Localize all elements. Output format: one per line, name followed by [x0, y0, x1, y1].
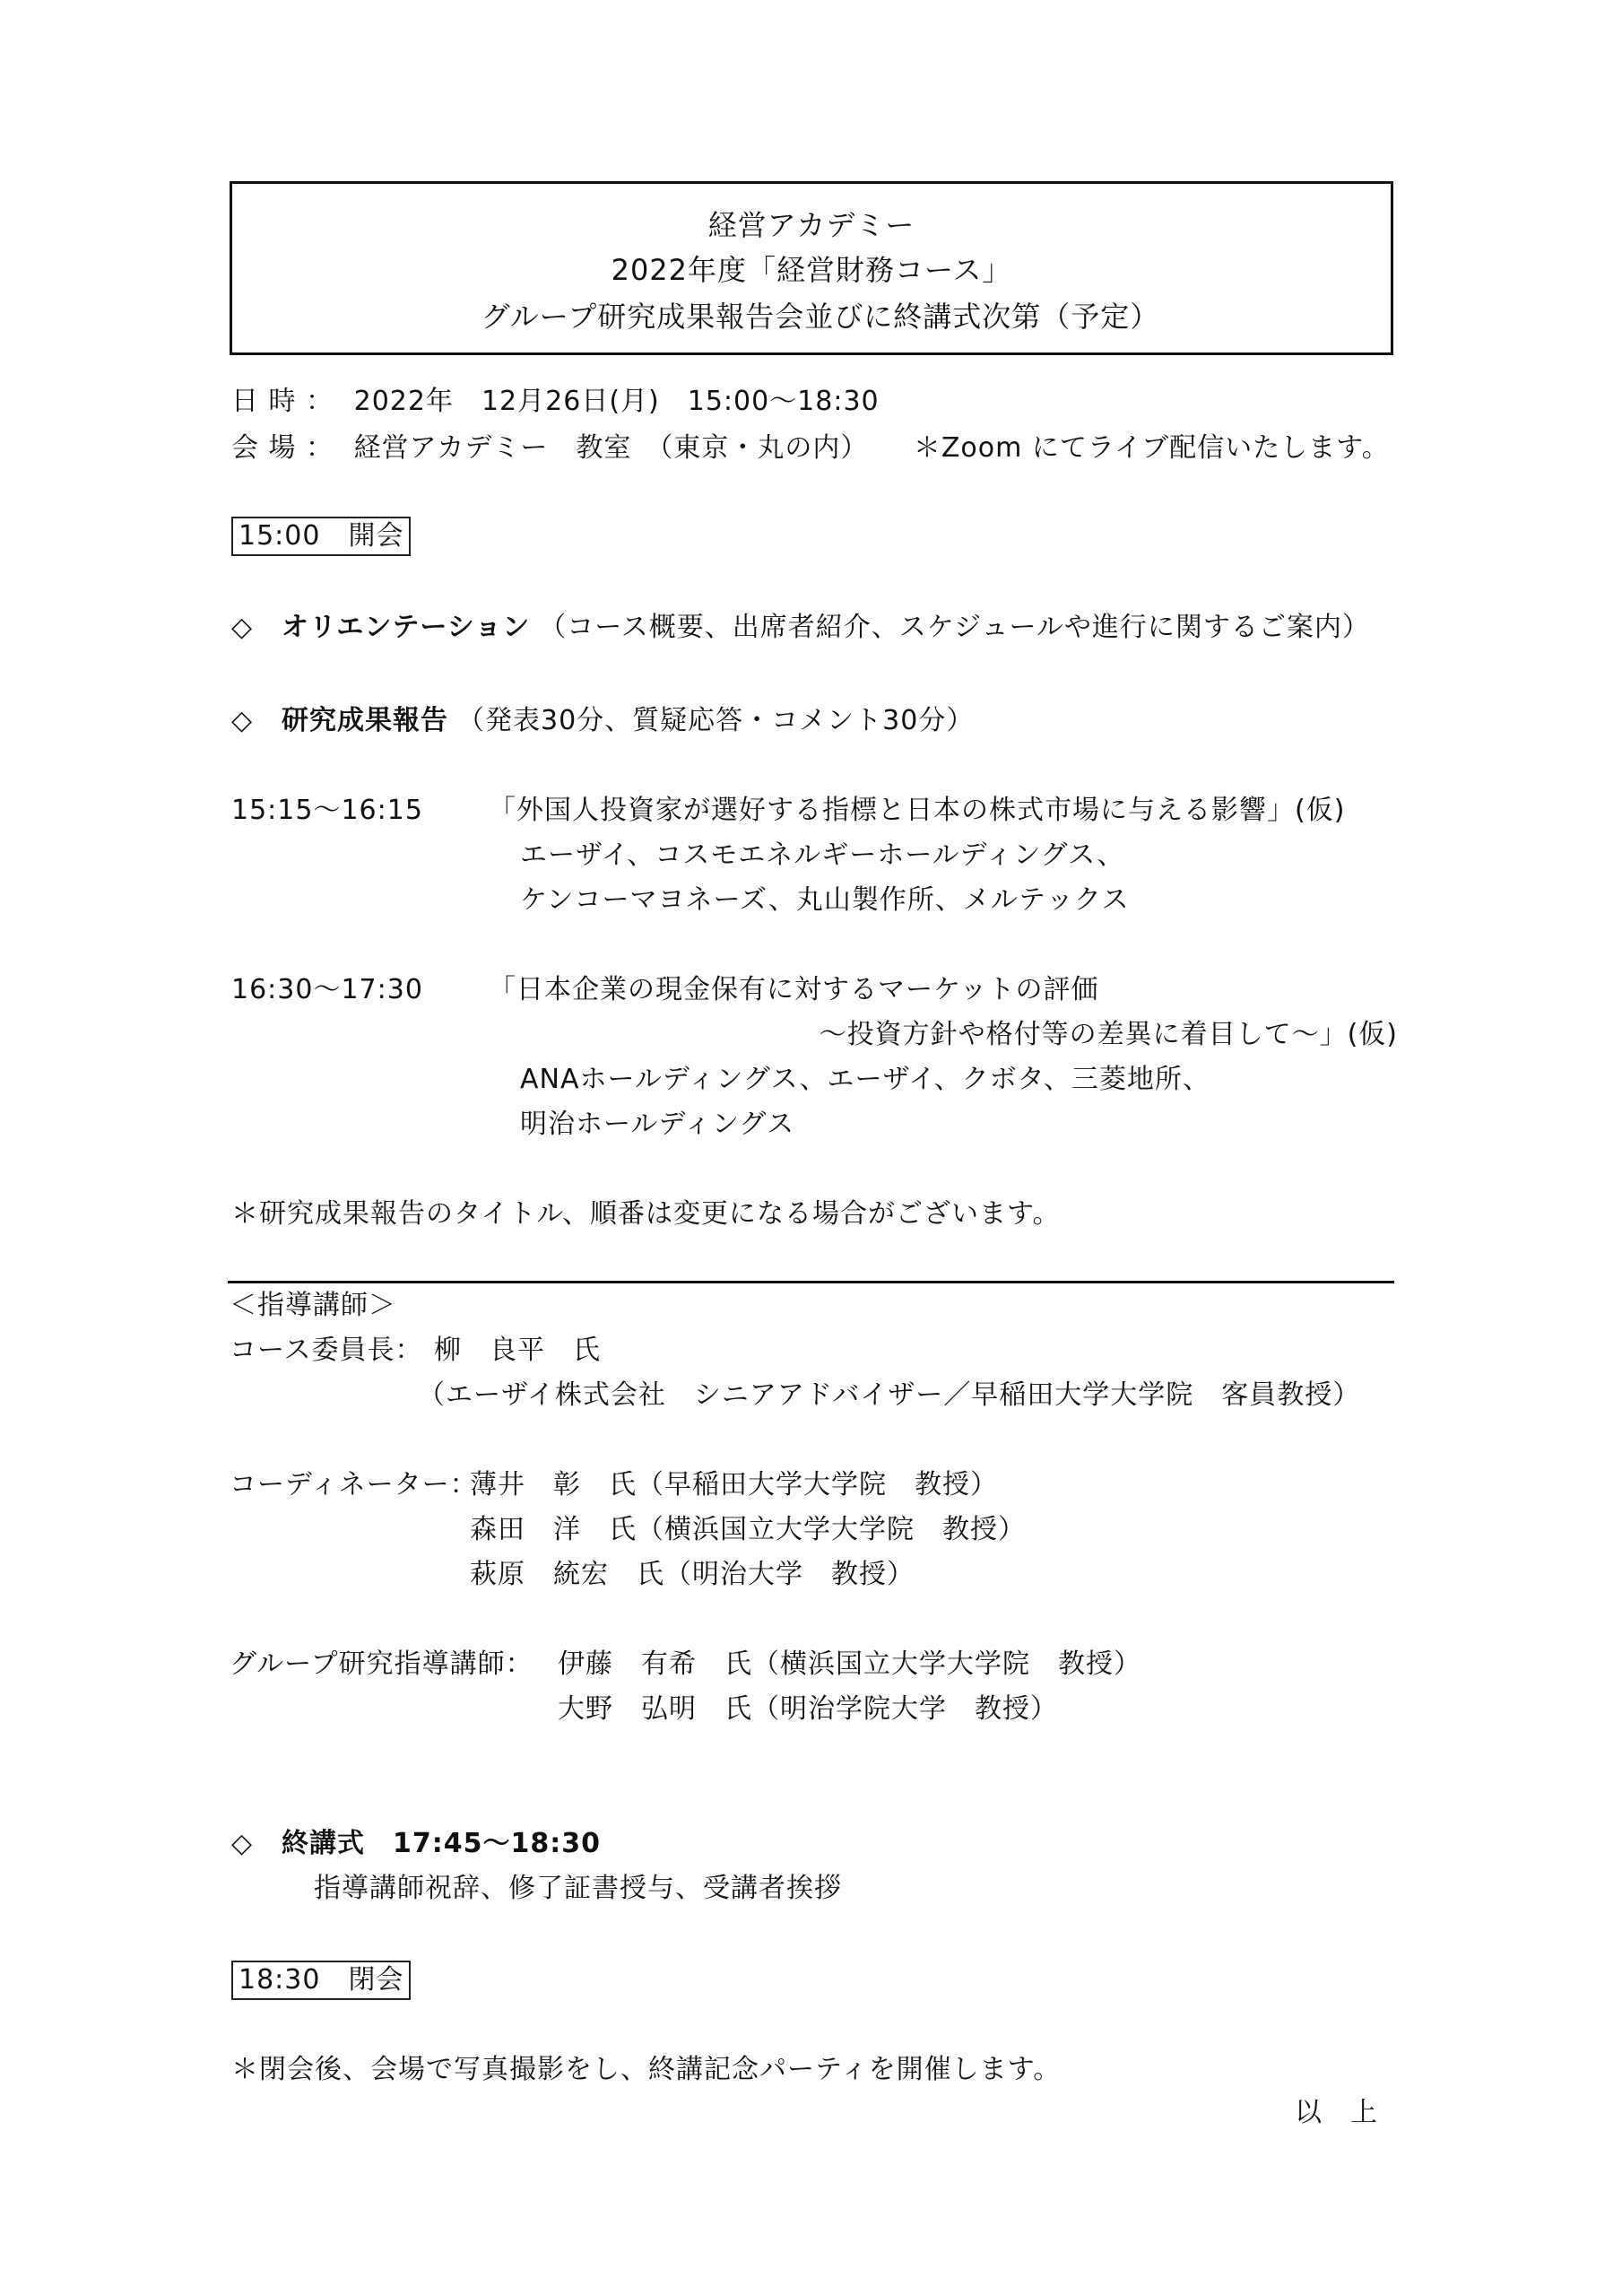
coordinator-2: 森田 洋 氏（横浜国立大学大学院 教授） — [470, 1512, 1026, 1548]
session-1-time: 15:15～16:15 — [231, 793, 423, 829]
research-title: 研究成果報告 — [282, 705, 448, 736]
venue-label: 会 場 ： — [231, 432, 334, 464]
closing-ceremony-item: ◇終講式 17:45～18:30 — [231, 1826, 601, 1862]
session-2-title-line1: 「日本企業の現金保有に対するマーケットの評価 — [489, 972, 1099, 1008]
venue-value: 経営アカデミー 教室 （東京・丸の内） — [354, 432, 869, 464]
title-box: 経営アカデミー 2022年度「経営財務コース」 グループ研究成果報告会並びに終講… — [230, 181, 1393, 355]
group-instructor-2: 大野 弘明 氏（明治学院大学 教授） — [558, 1692, 1058, 1727]
venue-note: ＊Zoom にてライブ配信いたします。 — [914, 432, 1390, 464]
course-title: 2022年度「経営財務コース」 — [232, 252, 1391, 288]
session-2-members-line1: ANAホールディングス、エーザイ、クボタ、三菱地所、 — [520, 1062, 1210, 1098]
closing-ceremony-detail: 指導講師祝辞、修了証書授与、受講者挨拶 — [314, 1871, 842, 1907]
orientation-title: オリエンテーション — [282, 612, 530, 643]
orientation-item: ◇オリエンテーション（コース概要、出席者紹介、スケジュールや進行に関するご案内） — [231, 610, 1370, 646]
coordinator-1: 薄井 彰 氏（早稲田大学大学院 教授） — [470, 1467, 998, 1503]
coordinator-3: 萩原 統宏 氏（明治大学 教授） — [470, 1557, 915, 1593]
session-1-title: 「外国人投資家が選好する指標と日本の株式市場に与える影響」(仮) — [489, 793, 1345, 829]
session-2-time: 16:30～17:30 — [231, 972, 423, 1008]
end-mark: 以 上 — [1295, 2095, 1378, 2131]
datetime-value: 2022年 12月26日(月) 15:00～18:30 — [354, 386, 880, 417]
group-instructor-1: 伊藤 有希 氏（横浜国立大学大学院 教授） — [558, 1647, 1141, 1683]
diamond-icon: ◇ — [231, 610, 282, 646]
opening-label: 15:00 開会 — [231, 517, 411, 556]
session-2-title-line2: ～投資方針や格付等の差異に着目して～」(仮) — [820, 1017, 1398, 1053]
group-instructor-label: グループ研究指導講師： — [230, 1647, 533, 1683]
closing-label: 18:30 閉会 — [231, 1961, 411, 2000]
datetime-row: 日 時 ： 2022年 12月26日(月) 15:00～18:30 — [231, 384, 880, 420]
diamond-icon: ◇ — [231, 703, 282, 739]
section-divider — [228, 1281, 1394, 1283]
research-item: ◇研究成果報告（発表30分、質疑応答・コメント30分） — [231, 703, 974, 739]
event-title: グループ研究成果報告会並びに終講式次第（予定） — [232, 299, 1391, 335]
datetime-label: 日 時 ： — [231, 386, 334, 417]
session-1-members-line2: ケンコーマヨネーズ、丸山製作所、メルテックス — [520, 883, 1130, 918]
orientation-detail: （コース概要、出席者紹介、スケジュールや進行に関するご案内） — [539, 612, 1370, 643]
coordinator-label: コーディネーター： — [230, 1467, 478, 1503]
chair-affiliation: （エーザイ株式会社 シニアアドバイザー／早稲田大学大学院 客員教授） — [418, 1378, 1360, 1413]
research-note: ＊研究成果報告のタイトル、順番は変更になる場合がございます。 — [231, 1196, 1061, 1232]
session-1-members-line1: エーザイ、コスモエネルギーホールディングス、 — [520, 838, 1124, 874]
diamond-icon: ◇ — [231, 1826, 282, 1862]
instructors-heading: ＜指導講師＞ — [230, 1288, 396, 1324]
org-name: 経営アカデミー — [232, 207, 1391, 243]
chair-name: 柳 良平 氏 — [434, 1333, 601, 1369]
research-detail: （発表30分、質疑応答・コメント30分） — [457, 705, 974, 736]
closing-ceremony-title: 終講式 17:45～18:30 — [282, 1828, 601, 1859]
chair-label: コース委員長： — [230, 1333, 423, 1369]
venue-row: 会 場 ： 経営アカデミー 教室 （東京・丸の内） ＊Zoom にてライブ配信い… — [231, 430, 1390, 466]
closing-note: ＊閉会後、会場で写真撮影をし、終講記念パーティを開催します。 — [231, 2052, 1061, 2088]
session-2-members-line2: 明治ホールディングス — [520, 1107, 794, 1143]
